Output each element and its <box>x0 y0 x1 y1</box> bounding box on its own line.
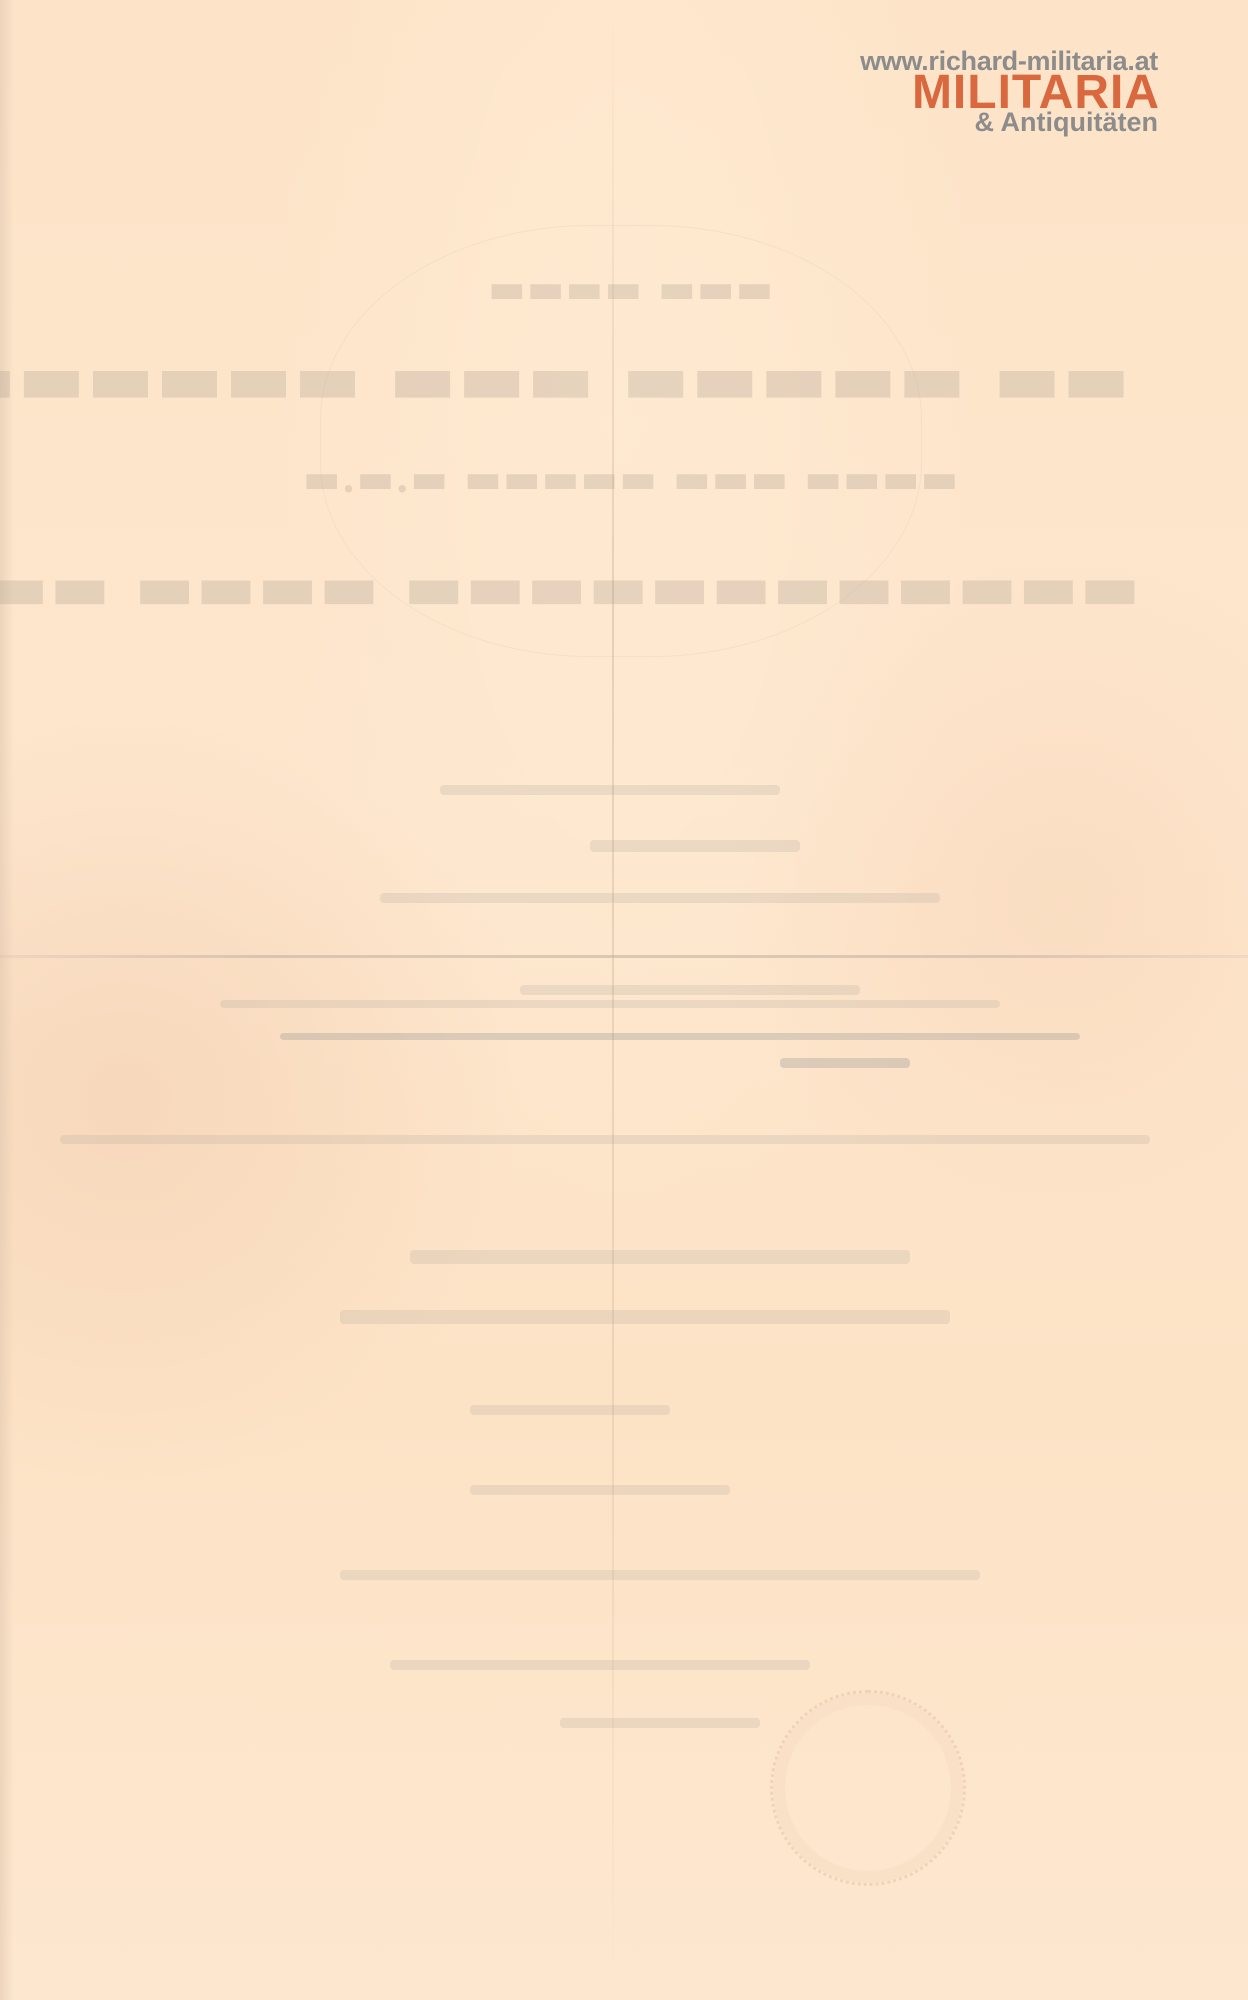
show-through-line <box>470 1485 730 1495</box>
show-through-line <box>560 1718 760 1728</box>
show-through-heading-line-3: ▬▬▬▬ ▬▬▬ ▬▬▬▬▬ ▬.▬.▬ <box>300 455 960 505</box>
embossed-seal-show-through <box>770 1690 966 1886</box>
show-through-line <box>780 1058 910 1068</box>
show-through-line <box>470 1405 670 1415</box>
show-through-heading-line-4: ▬▬▬▬▬▬▬▬▬▬▬▬ ▬▬▬▬ ▬▬▬ ▬▬▬▬▬ <box>120 550 1140 630</box>
show-through-heading-line-1: ▬▬▬ ▬▬▬▬ <box>420 265 840 315</box>
show-through-heading-line-2: ▬▬ ▬▬▬▬▬ ▬▬▬ ▬▬▬▬▬▬▬▬ <box>130 335 1130 425</box>
show-through-line <box>590 840 800 852</box>
show-through-line <box>340 1310 950 1324</box>
show-through-line <box>220 1000 1000 1008</box>
show-through-line <box>380 893 940 903</box>
show-through-line <box>440 785 780 795</box>
show-through-line <box>60 1135 1150 1144</box>
paper-edge-shadow <box>0 0 14 2000</box>
show-through-line <box>340 1570 980 1580</box>
show-through-line <box>410 1250 910 1264</box>
watermark-logo: www.richard-militaria.at MILITARIA & Ant… <box>788 48 1158 136</box>
show-through-line <box>280 1033 1080 1040</box>
horizontal-fold-crease <box>0 955 1248 958</box>
show-through-line <box>520 985 860 995</box>
show-through-line <box>390 1660 810 1670</box>
